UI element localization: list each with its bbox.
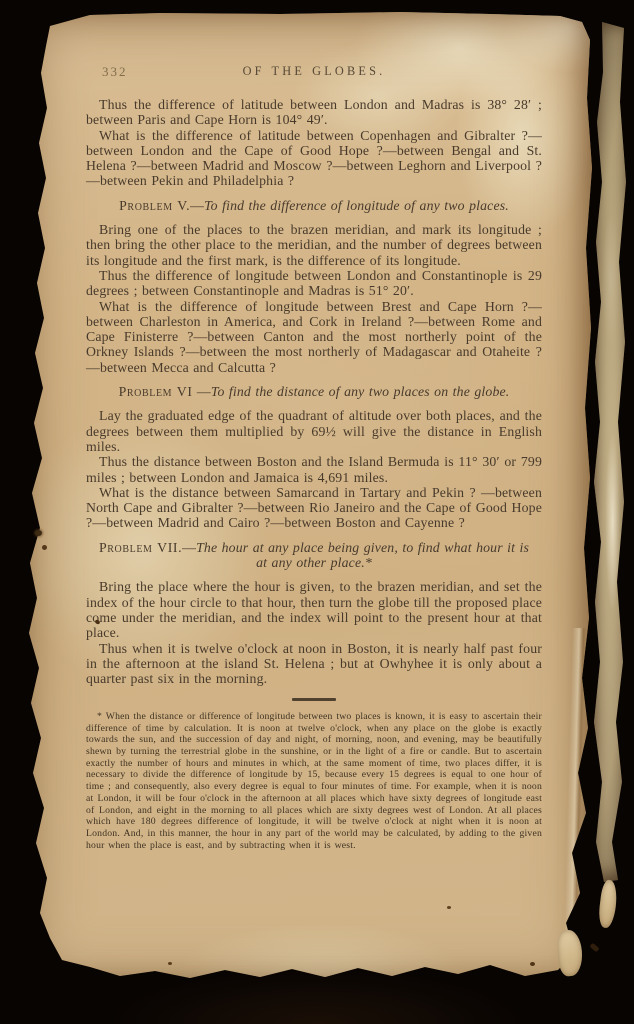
page-header: 332 OF THE GLOBES.	[86, 64, 542, 80]
problem-vi-title: To find the distance of any two places o…	[211, 384, 509, 399]
torn-paper-fragment	[597, 879, 619, 929]
problem-vii-label: Problem VII.	[99, 540, 182, 555]
problem-vi-example: Thus the distance between Boston and the…	[86, 454, 542, 485]
paragraph-latitude-questions: What is the difference of latitude betwe…	[86, 128, 542, 189]
book-page: 332 OF THE GLOBES. Thus the difference o…	[20, 8, 598, 993]
page-crease	[564, 628, 587, 958]
footnote-text: * When the distance or difference of lon…	[86, 711, 542, 851]
problem-vi-heading: Problem VI —To find the distance of any …	[92, 384, 536, 399]
problem-v-label: Problem V.	[119, 198, 190, 213]
problem-vi-label: Problem VI	[119, 384, 193, 399]
problem-vii-dash: —	[182, 540, 196, 555]
torn-page-strip	[594, 22, 628, 884]
foxing-spot	[42, 545, 47, 550]
page-text-block: 332 OF THE GLOBES. Thus the difference o…	[86, 64, 542, 851]
foxing-spot	[589, 943, 599, 953]
running-header: OF THE GLOBES.	[86, 64, 542, 79]
problem-vi-questions: What is the distance between Samarcand i…	[86, 485, 542, 531]
problem-v-instructions: Bring one of the places to the brazen me…	[86, 222, 542, 268]
problem-v-title: To find the difference of longitude of a…	[204, 198, 509, 213]
torn-paper-fragment	[556, 929, 584, 977]
paragraph-latitude-thus: Thus the difference of latitude between …	[86, 97, 542, 128]
problem-v-dash: —	[190, 198, 204, 213]
problem-vii-example: Thus when it is twelve o'clock at noon i…	[86, 641, 542, 687]
problem-vi-dash: —	[193, 384, 211, 399]
problem-vi-instructions: Lay the graduated edge of the quadrant o…	[86, 408, 542, 454]
problem-vii-title: The hour at any place being given, to fi…	[196, 540, 529, 570]
page-number: 332	[102, 64, 128, 79]
foxing-spot	[530, 962, 535, 966]
problem-vii-heading: Problem VII.—The hour at any place being…	[92, 540, 536, 571]
scanned-book-photo: { "meta": { "page_number": "332", "runni…	[0, 0, 634, 1024]
problem-v-heading: Problem V.—To find the difference of lon…	[92, 198, 536, 213]
foxing-spot	[447, 906, 451, 909]
problem-v-questions: What is the difference of longitude betw…	[86, 299, 542, 375]
foxing-spot	[35, 530, 42, 536]
problem-vii-instructions: Bring the place where the hour is given,…	[86, 579, 542, 640]
foxing-spot	[168, 962, 172, 965]
footnote-divider-rule	[292, 698, 336, 701]
problem-v-example: Thus the difference of longitude between…	[86, 268, 542, 299]
